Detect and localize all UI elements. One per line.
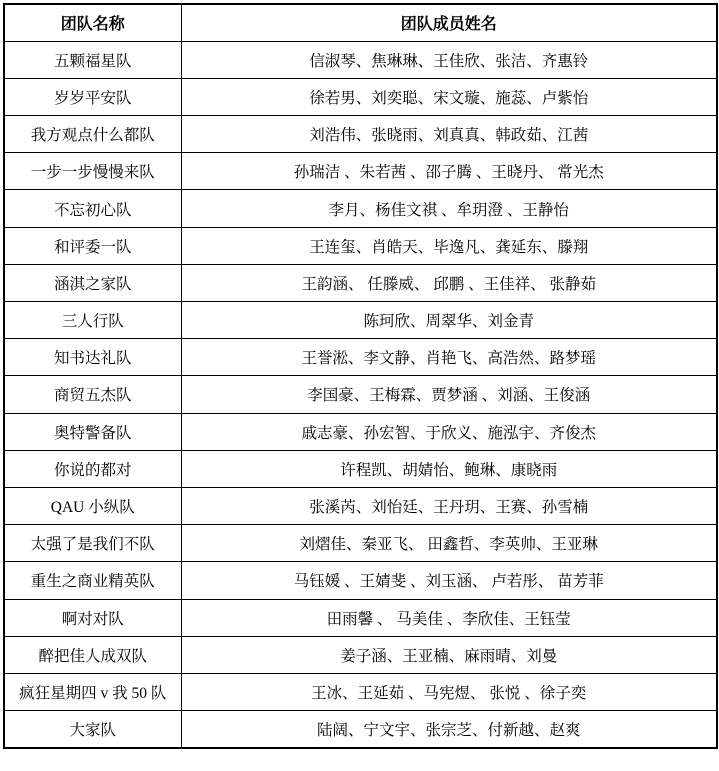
team-name-cell: 五颗福星队 <box>4 41 181 78</box>
table-row: 岁岁平安队 徐若男、刘奕聪、宋文璇、施蕊、卢紫怡 <box>4 78 717 115</box>
table-row: 和评委一队 王连玺、肖皓天、毕逸凡、龚延东、滕翔 <box>4 227 717 264</box>
table-row: 一步一步慢慢来队 孙瑞洁 、朱若茜 、邵子腾 、王晓丹、 常光杰 <box>4 153 717 190</box>
table-row: QAU 小纵队 张溪芮、刘怡廷、王丹玥、王赛、孙雪楠 <box>4 487 717 524</box>
table-row: 商贸五杰队 李国豪、王梅霖、贾梦涵 、刘涵、王俊涵 <box>4 376 717 413</box>
table-body: 五颗福星队 信淑琴、焦琳琳、王佳欣、张洁、齐惠铃 岁岁平安队 徐若男、刘奕聪、宋… <box>4 41 717 748</box>
table-row: 醉把佳人成双队 姜子涵、王亚楠、麻雨晴、刘曼 <box>4 636 717 673</box>
table-row: 疯狂星期四 v 我 50 队 王冰、王延茹 、马宪煜、 张悦 、徐子奕 <box>4 673 717 710</box>
team-members-cell: 王誉淞、李文静、肖艳飞、高浩然、路梦瑶 <box>181 339 717 376</box>
header-row: 团队名称 团队成员姓名 <box>4 4 717 41</box>
team-name-cell: 啊对对队 <box>4 599 181 636</box>
team-members-cell: 徐若男、刘奕聪、宋文璇、施蕊、卢紫怡 <box>181 78 717 115</box>
team-members-cell: 许程凯、胡婧怡、鲍琳、康晓雨 <box>181 450 717 487</box>
team-members-cell: 姜子涵、王亚楠、麻雨晴、刘曼 <box>181 636 717 673</box>
team-members-cell: 马钰媛 、王婧斐 、刘玉涵、 卢若彤、 苗芳菲 <box>181 562 717 599</box>
table-row: 重生之商业精英队 马钰媛 、王婧斐 、刘玉涵、 卢若彤、 苗芳菲 <box>4 562 717 599</box>
team-members-cell: 张溪芮、刘怡廷、王丹玥、王赛、孙雪楠 <box>181 487 717 524</box>
table-row: 你说的都对 许程凯、胡婧怡、鲍琳、康晓雨 <box>4 450 717 487</box>
table-row: 我方观点什么都队 刘浩伟、张晓雨、刘真真、韩政茹、江茜 <box>4 116 717 153</box>
team-members-cell: 陆阔、宁文宇、张宗芝、付新越、赵爽 <box>181 711 717 748</box>
team-name-cell: 大家队 <box>4 711 181 748</box>
team-members-cell: 李国豪、王梅霖、贾梦涵 、刘涵、王俊涵 <box>181 376 717 413</box>
team-members-cell: 田雨馨 、 马美佳 、李欣佳、王钰莹 <box>181 599 717 636</box>
team-name-cell: 涵淇之家队 <box>4 264 181 301</box>
team-members-cell: 信淑琴、焦琳琳、王佳欣、张洁、齐惠铃 <box>181 41 717 78</box>
table-row: 太强了是我们不队 刘熠佳、秦亚飞、 田鑫哲、李英帅、王亚琳 <box>4 525 717 562</box>
team-name-cell: 三人行队 <box>4 302 181 339</box>
header-cell-team-name: 团队名称 <box>4 4 181 41</box>
team-members-cell: 孙瑞洁 、朱若茜 、邵子腾 、王晓丹、 常光杰 <box>181 153 717 190</box>
team-name-cell: 不忘初心队 <box>4 190 181 227</box>
team-name-cell: 奥特警备队 <box>4 413 181 450</box>
document-page: 团队名称 团队成员姓名 五颗福星队 信淑琴、焦琳琳、王佳欣、张洁、齐惠铃 岁岁平… <box>0 0 719 771</box>
header-cell-members: 团队成员姓名 <box>181 4 717 41</box>
team-name-cell: 商贸五杰队 <box>4 376 181 413</box>
team-name-cell: 和评委一队 <box>4 227 181 264</box>
table-row: 大家队 陆阔、宁文宇、张宗芝、付新越、赵爽 <box>4 711 717 748</box>
team-name-cell: 疯狂星期四 v 我 50 队 <box>4 673 181 710</box>
table-row: 不忘初心队 李月、杨佳文祺 、牟玥澄 、王静怡 <box>4 190 717 227</box>
table-row: 知书达礼队 王誉淞、李文静、肖艳飞、高浩然、路梦瑶 <box>4 339 717 376</box>
table-row: 五颗福星队 信淑琴、焦琳琳、王佳欣、张洁、齐惠铃 <box>4 41 717 78</box>
team-name-cell: 醉把佳人成双队 <box>4 636 181 673</box>
team-members-cell: 王韵涵、 任滕威、 邱鹏 、王佳祥、 张静茹 <box>181 264 717 301</box>
table-row: 三人行队 陈珂欣、周翠华、刘金青 <box>4 302 717 339</box>
team-members-cell: 刘浩伟、张晓雨、刘真真、韩政茹、江茜 <box>181 116 717 153</box>
team-name-cell: 重生之商业精英队 <box>4 562 181 599</box>
team-name-cell: 岁岁平安队 <box>4 78 181 115</box>
table-row: 啊对对队 田雨馨 、 马美佳 、李欣佳、王钰莹 <box>4 599 717 636</box>
team-members-cell: 王冰、王延茹 、马宪煜、 张悦 、徐子奕 <box>181 673 717 710</box>
table-row: 奥特警备队 戚志豪、孙宏智、于欣义、施泓宇、齐俊杰 <box>4 413 717 450</box>
team-name-cell: QAU 小纵队 <box>4 487 181 524</box>
team-name-cell: 我方观点什么都队 <box>4 116 181 153</box>
team-members-cell: 王连玺、肖皓天、毕逸凡、龚延东、滕翔 <box>181 227 717 264</box>
team-members-cell: 刘熠佳、秦亚飞、 田鑫哲、李英帅、王亚琳 <box>181 525 717 562</box>
team-name-cell: 知书达礼队 <box>4 339 181 376</box>
team-name-cell: 一步一步慢慢来队 <box>4 153 181 190</box>
team-members-cell: 陈珂欣、周翠华、刘金青 <box>181 302 717 339</box>
table-row: 涵淇之家队 王韵涵、 任滕威、 邱鹏 、王佳祥、 张静茹 <box>4 264 717 301</box>
team-members-cell: 李月、杨佳文祺 、牟玥澄 、王静怡 <box>181 190 717 227</box>
team-members-cell: 戚志豪、孙宏智、于欣义、施泓宇、齐俊杰 <box>181 413 717 450</box>
team-name-cell: 太强了是我们不队 <box>4 525 181 562</box>
team-name-cell: 你说的都对 <box>4 450 181 487</box>
team-roster-table: 团队名称 团队成员姓名 五颗福星队 信淑琴、焦琳琳、王佳欣、张洁、齐惠铃 岁岁平… <box>3 3 718 749</box>
